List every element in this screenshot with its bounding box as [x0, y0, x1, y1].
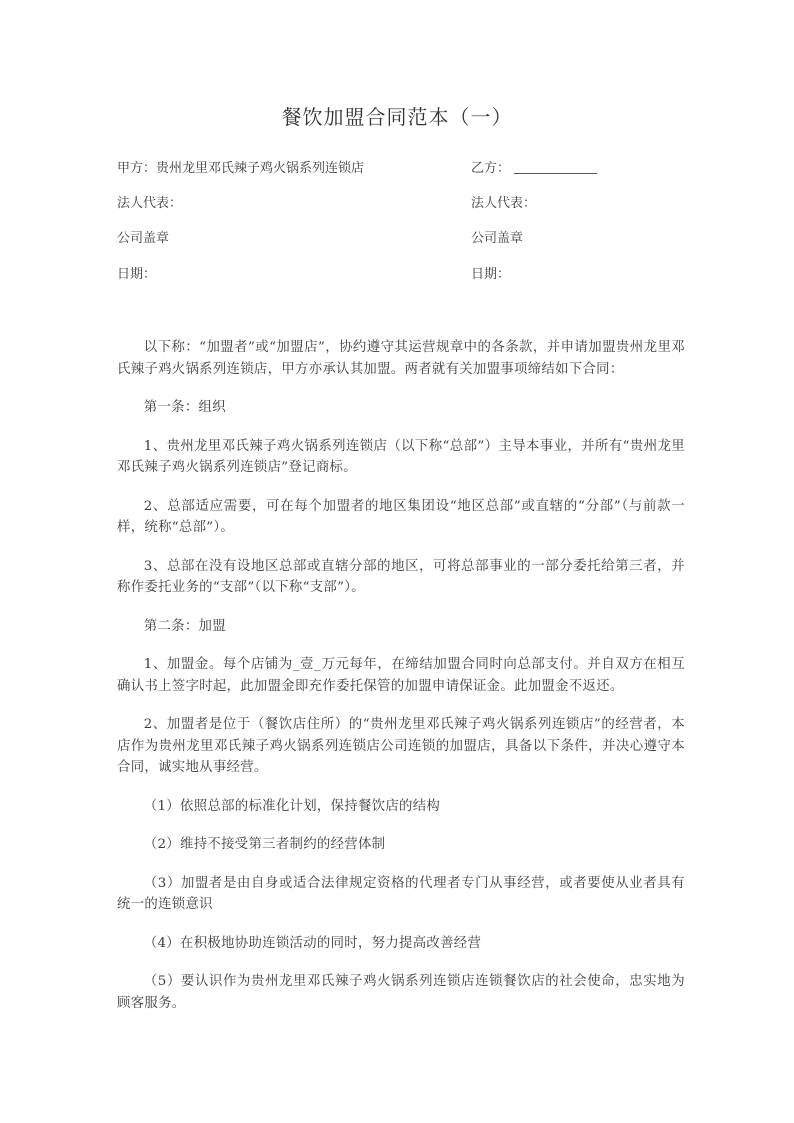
condition-item: （3）加盟者是由自身或适合法律规定资格的代理者专门从事经营，或者要使从业者具有统… — [117, 873, 685, 916]
party-a-seal: 公司盖章 — [117, 227, 169, 246]
party-a-rep: 法人代表： — [117, 192, 182, 211]
condition-item: （2）维持不接受第三者制约的经营体制 — [117, 834, 685, 856]
party-a-line: 甲方：贵州龙里邓氏辣子鸡火锅系列连锁店 — [117, 157, 364, 176]
article-1-item: 3、总部在没有设地区总部或直辖分部的地区，可将总部事业的一部分委托给第三者，并称… — [117, 556, 685, 599]
article-2-heading: 第二条：加盟 — [117, 616, 685, 638]
condition-item: （4）在积极地协助连锁活动的同时，努力提高改善经营 — [117, 933, 685, 955]
article-2-item: 2、加盟者是位于（餐饮店住所）的“贵州龙里邓氏辣子鸡火锅系列连锁店”的经营者，本… — [117, 714, 685, 779]
party-b-line: 乙方： — [471, 157, 597, 176]
article-1-item: 1、贵州龙里邓氏辣子鸡火锅系列连锁店（以下称“总部”）主导本事业，并所有“贵州龙… — [117, 436, 685, 479]
document-title: 餐饮加盟合同范本（一） — [0, 101, 794, 130]
party-b-date: 日期： — [471, 263, 510, 282]
party-b-blank — [514, 173, 597, 174]
party-b-seal: 公司盖章 — [471, 227, 523, 246]
contract-body: 以下称：“加盟者”或“加盟店”，协约遵守其运营规章中的各条款，并申请加盟贵州龙里… — [117, 337, 685, 1014]
intro-paragraph: 以下称：“加盟者”或“加盟店”，协约遵守其运营规章中的各条款，并申请加盟贵州龙里… — [117, 337, 685, 380]
condition-item: （5）要认识作为贵州龙里邓氏辣子鸡火锅系列连锁店连锁餐饮店的社会使命，忠实地为顾… — [117, 971, 685, 1014]
party-a-name: 贵州龙里邓氏辣子鸡火锅系列连锁店 — [156, 161, 364, 176]
condition-item: （1）依照总部的标准化计划，保持餐饮店的结构 — [117, 796, 685, 818]
party-b-label: 乙方： — [471, 161, 510, 176]
party-a-date: 日期： — [117, 263, 156, 282]
article-2-item: 1、加盟金。每个店铺为_壹_万元每年，在缔结加盟合同时向总部支付。并自双方在相互… — [117, 654, 685, 697]
article-1-item: 2、总部适应需要，可在每个加盟者的地区集团设“地区总部”或直辖的“分部”（与前款… — [117, 496, 685, 539]
party-a-label: 甲方： — [117, 161, 156, 176]
party-b-rep: 法人代表： — [471, 192, 536, 211]
article-1-heading: 第一条：组织 — [117, 397, 685, 419]
